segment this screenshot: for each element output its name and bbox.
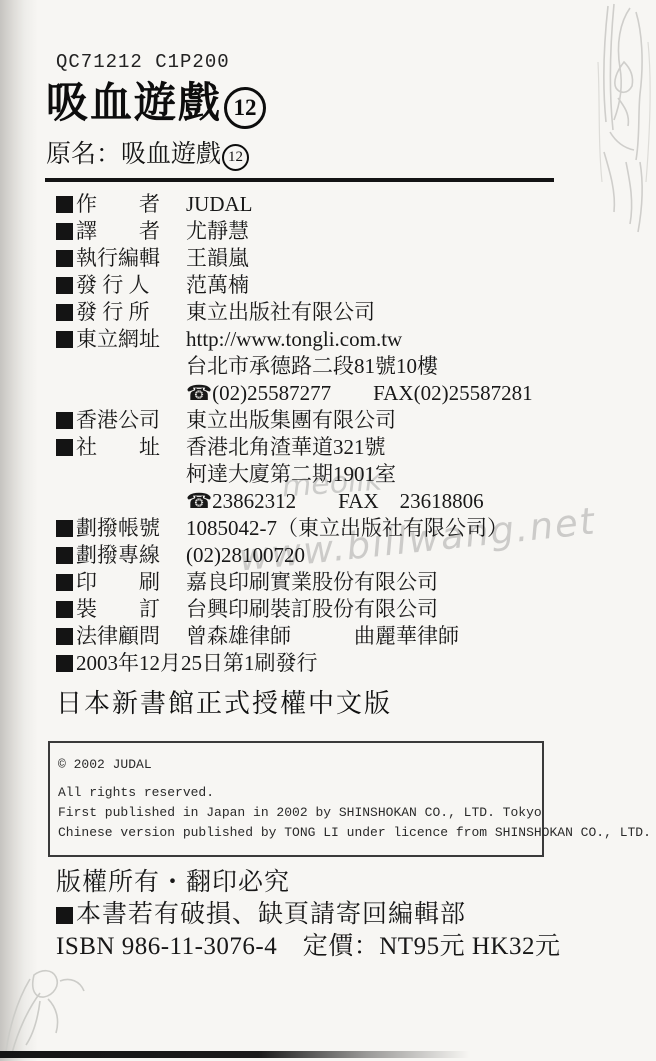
original-title: 原名：吸血遊戲12 xyxy=(46,140,616,171)
colophon-page: meollk www.billwang.net QC71212 C1P200 吸… xyxy=(0,0,656,1061)
info-row: 發 行 人 范萬楠 xyxy=(56,272,616,299)
info-row-label: 劃撥專線 xyxy=(76,542,160,569)
copyright-line: First published in Japan in 2002 by SHIN… xyxy=(58,803,536,823)
info-row-values: 范萬楠 xyxy=(186,272,616,299)
scan-gutter-shadow xyxy=(0,0,38,1061)
isbn-price-line: ISBN 986-11-3076-4 定價：NT95元 HK32元 xyxy=(56,931,616,963)
info-row: 劃撥帳號 1085042-7（東立出版社有限公司） xyxy=(56,515,616,542)
info-value-line: 1085042-7（東立出版社有限公司） xyxy=(186,515,616,542)
info-row-values: 台興印刷裝訂股份有限公司 xyxy=(186,596,616,623)
info-row: 執行編輯 王韻嵐 xyxy=(56,245,616,272)
black-square-bullet xyxy=(56,601,73,618)
info-row: 裝 訂 台興印刷裝訂股份有限公司 xyxy=(56,596,616,623)
info-row-label: 譯 者 xyxy=(76,218,160,245)
black-square-bullet xyxy=(56,574,73,591)
info-row-values: 香港北角渣華道321號柯達大廈第二期1901室☎23862312 FAX 236… xyxy=(186,434,616,515)
info-row: 譯 者 尤靜慧 xyxy=(56,218,616,245)
info-row-label: 東立網址 xyxy=(76,326,160,353)
divider-rule xyxy=(45,178,554,182)
info-row-values: (02)28100720 xyxy=(186,542,616,569)
book-title: 吸血遊戲12 xyxy=(46,79,616,129)
info-value-line: 東立出版社有限公司 xyxy=(186,299,616,326)
original-title-text: 原名：吸血遊戲 xyxy=(46,141,221,168)
rights-line: 版權所有・翻印必究 xyxy=(56,867,616,899)
damage-notice-text: 本書若有破損、缺頁請寄回編輯部 xyxy=(76,899,466,931)
info-row-values: http://www.tongli.com.tw台北市承德路二段81號10樓☎(… xyxy=(186,326,616,407)
info-value-line: 柯達大廈第二期1901室 xyxy=(186,461,616,488)
info-row-label: 發 行 人 xyxy=(76,272,150,299)
info-row-label-cell: 印 刷 xyxy=(56,569,186,596)
info-row-label: 法律顧問 xyxy=(76,623,160,650)
info-value-line: 王韻嵐 xyxy=(186,245,616,272)
book-title-text: 吸血遊戲 xyxy=(46,81,222,127)
info-value-line: http://www.tongli.com.tw xyxy=(186,326,616,353)
info-row-label: 社 址 xyxy=(76,434,160,461)
info-row: 劃撥專線 (02)28100720 xyxy=(56,542,616,569)
scan-edge-bar xyxy=(0,1051,470,1058)
info-row-values: JUDAL xyxy=(186,191,616,218)
info-row-label-cell: 法律顧問 xyxy=(56,623,186,650)
info-value-line: 嘉良印刷實業股份有限公司 xyxy=(186,569,616,596)
info-row-values: 嘉良印刷實業股份有限公司 xyxy=(186,569,616,596)
info-row: 印 刷 嘉良印刷實業股份有限公司 xyxy=(56,569,616,596)
print-code: QC71212 C1P200 xyxy=(56,50,616,74)
copyright-box: © 2002 JUDALAll rights reserved.First pu… xyxy=(48,741,544,857)
copyright-line: All rights reserved. xyxy=(58,783,536,803)
info-value-line: 台興印刷裝訂股份有限公司 xyxy=(186,596,616,623)
info-row-label-cell: 東立網址 xyxy=(56,326,186,353)
info-row-label-cell: 執行編輯 xyxy=(56,245,186,272)
black-square-bullet xyxy=(56,655,73,672)
black-square-bullet xyxy=(56,628,73,645)
black-square-bullet xyxy=(56,250,73,267)
info-table: 作 者 JUDAL 譯 者 尤靜慧 執行編輯 王韻嵐 發 行 人 范萬楠 發 行… xyxy=(56,191,616,677)
first-print-date: 2003年12月25日第1刷發行 xyxy=(76,650,318,677)
info-row: 發 行 所 東立出版社有限公司 xyxy=(56,299,616,326)
info-row-values: 1085042-7（東立出版社有限公司） xyxy=(186,515,616,542)
info-value-line: 香港北角渣華道321號 xyxy=(186,434,616,461)
info-row-label-cell: 劃撥帳號 xyxy=(56,515,186,542)
copyright-line: © 2002 JUDAL xyxy=(58,755,536,775)
info-row: 社 址 香港北角渣華道321號柯達大廈第二期1901室☎23862312 FAX… xyxy=(56,434,616,515)
info-row-label-cell: 作 者 xyxy=(56,191,186,218)
black-square-bullet xyxy=(56,520,73,537)
black-square-bullet xyxy=(56,277,73,294)
info-row: 東立網址 http://www.tongli.com.tw台北市承德路二段81號… xyxy=(56,326,616,407)
black-square-bullet xyxy=(56,223,73,240)
info-row-label-cell: 香港公司 xyxy=(56,407,186,434)
info-value-line: ☎23862312 FAX 23618806 xyxy=(186,488,616,515)
black-square-bullet xyxy=(56,304,73,321)
info-value-line: (02)28100720 xyxy=(186,542,616,569)
info-row-label-cell: 譯 者 xyxy=(56,218,186,245)
black-square-bullet xyxy=(56,331,73,348)
info-row-values: 東立出版集團有限公司 xyxy=(186,407,616,434)
info-row-label-cell: 發 行 人 xyxy=(56,272,186,299)
info-row-label-cell: 發 行 所 xyxy=(56,299,186,326)
info-row-label: 香港公司 xyxy=(76,407,160,434)
black-square-bullet xyxy=(56,412,73,429)
info-row-values: 王韻嵐 xyxy=(186,245,616,272)
damage-notice-line: 本書若有破損、缺頁請寄回編輯部 xyxy=(56,899,616,931)
info-row-label: 執行編輯 xyxy=(76,245,160,272)
info-row-label: 裝 訂 xyxy=(76,596,160,623)
copyright-line: Chinese version published by TONG LI und… xyxy=(58,823,536,843)
original-volume-number-badge: 12 xyxy=(222,144,249,171)
black-square-bullet xyxy=(56,547,73,564)
info-value-line: 范萬楠 xyxy=(186,272,616,299)
info-value-line: 東立出版集團有限公司 xyxy=(186,407,616,434)
info-row-label: 發 行 所 xyxy=(76,299,150,326)
info-row: 香港公司 東立出版集團有限公司 xyxy=(56,407,616,434)
info-row-values: 東立出版社有限公司 xyxy=(186,299,616,326)
info-value-line: JUDAL xyxy=(186,191,616,218)
info-row: 法律顧問 曾森雄律師 曲麗華律師 xyxy=(56,623,616,650)
info-row-label-cell: 裝 訂 xyxy=(56,596,186,623)
info-row-label-cell: 劃撥專線 xyxy=(56,542,186,569)
info-value-line: 曾森雄律師 曲麗華律師 xyxy=(186,623,616,650)
info-row-label: 作 者 xyxy=(76,191,160,218)
info-row-label: 劃撥帳號 xyxy=(76,515,160,542)
colophon-content: QC71212 C1P200 吸血遊戲12 原名：吸血遊戲12 作 者 JUDA… xyxy=(56,50,616,963)
black-square-bullet xyxy=(56,196,73,213)
black-square-bullet xyxy=(56,907,73,924)
first-print-date-row: 2003年12月25日第1刷發行 xyxy=(56,650,616,677)
black-square-bullet xyxy=(56,439,73,456)
info-row-values: 曾森雄律師 曲麗華律師 xyxy=(186,623,616,650)
info-value-line: ☎(02)25587277 FAX(02)25587281 xyxy=(186,380,616,407)
volume-number-badge: 12 xyxy=(224,87,266,129)
info-row-label-cell: 社 址 xyxy=(56,434,186,461)
info-value-line: 尤靜慧 xyxy=(186,218,616,245)
info-row: 作 者 JUDAL xyxy=(56,191,616,218)
licence-line: 日本新書館正式授權中文版 xyxy=(56,689,616,719)
info-row-label: 印 刷 xyxy=(76,569,160,596)
info-row-values: 尤靜慧 xyxy=(186,218,616,245)
info-value-line: 台北市承德路二段81號10樓 xyxy=(186,353,616,380)
